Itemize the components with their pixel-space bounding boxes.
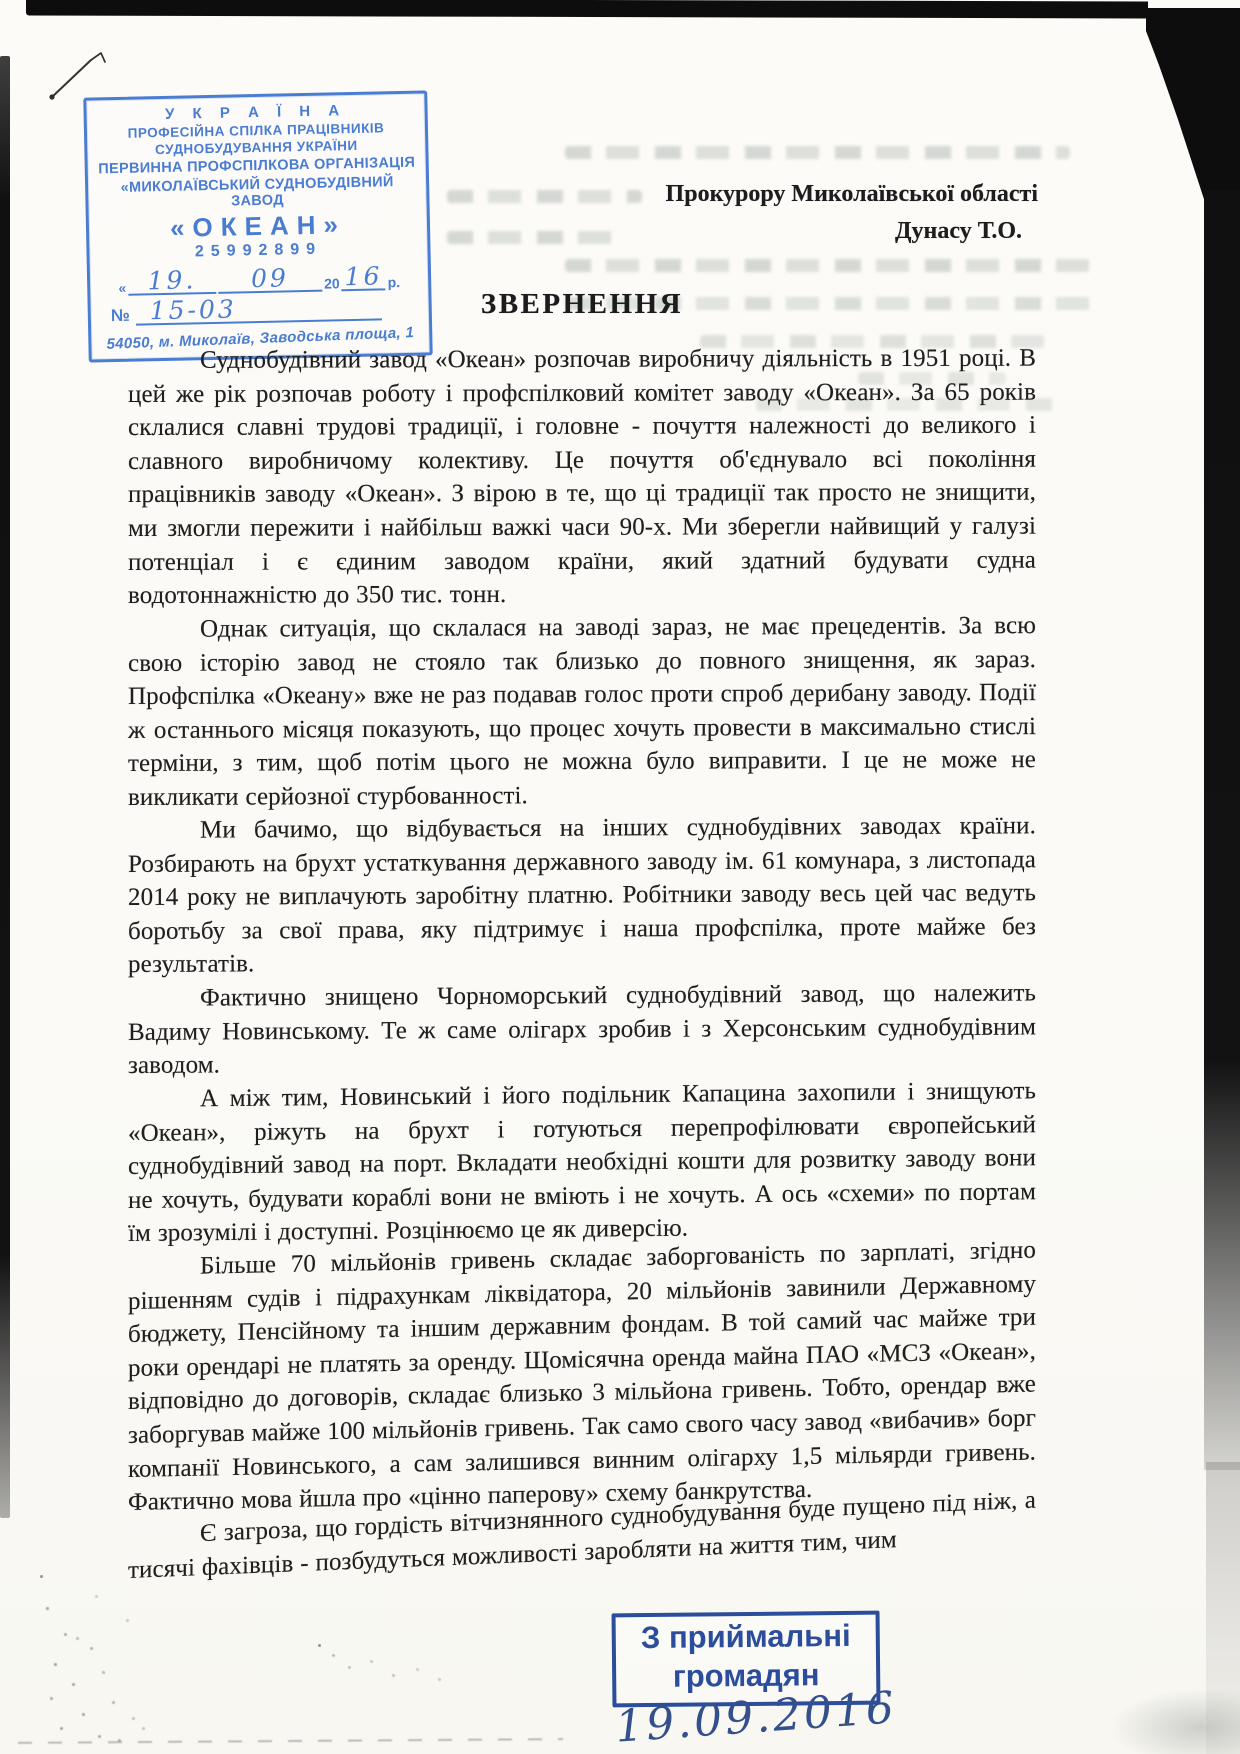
body-paragraph: А між тим, Новинський і його подільник К… <box>128 1074 1036 1251</box>
reception-stamp-line-1: З приймальні <box>622 1617 870 1658</box>
scan-noise-speckles <box>318 1644 321 1647</box>
addressee-line-1: Прокурору Миколаївської області <box>560 176 1038 213</box>
body-paragraph: Фактично знищено Чорноморський суднобуді… <box>128 977 1036 1083</box>
body-paragraph: Однак ситуація, що склалася на заводі за… <box>128 609 1036 815</box>
scanned-document-page: У К Р А Ї Н А ПРОФЕСІЙНА СПІЛКА ПРАЦІВНИ… <box>0 0 1240 1754</box>
scan-noise-bottom-line <box>18 1738 563 1744</box>
body-paragraph: Більше 70 мільйонів гривень складає забо… <box>128 1234 1036 1520</box>
scan-noise-speckles <box>40 1575 43 1578</box>
document-title: ЗВЕРНЕННЯ <box>128 288 1036 321</box>
bleed-through-text <box>565 259 1090 272</box>
stamp-org-line: «МИКОЛАЇВСЬКИЙ СУДНОБУДІВНИЙ ЗАВОД <box>94 174 421 213</box>
addressee-line-2: Дунасу Т.О. <box>560 213 1038 250</box>
handwritten-year: 16 <box>344 261 382 291</box>
body-paragraph: Ми бачимо, що відбувається на інших судн… <box>128 810 1036 983</box>
scan-border-top-right-corner <box>1146 8 1240 200</box>
addressee-block: Прокурору Миколаївської області Дунасу Т… <box>560 176 1038 250</box>
scan-border-left <box>0 56 10 1518</box>
bleed-through-text <box>565 146 1070 159</box>
union-registration-stamp: У К Р А Ї Н А ПРОФЕСІЙНА СПІЛКА ПРАЦІВНИ… <box>83 90 432 362</box>
body-paragraph: Суднобудівний завод «Океан» розпочав вир… <box>128 342 1036 613</box>
scan-border-top <box>26 0 1148 18</box>
scan-noise-bottom-right <box>1110 1688 1240 1754</box>
stamp-date-quote: « <box>118 280 126 296</box>
document-body: Суднобудівний завод «Океан» розпочав вир… <box>128 344 1036 1587</box>
scan-border-right <box>1204 190 1240 1470</box>
